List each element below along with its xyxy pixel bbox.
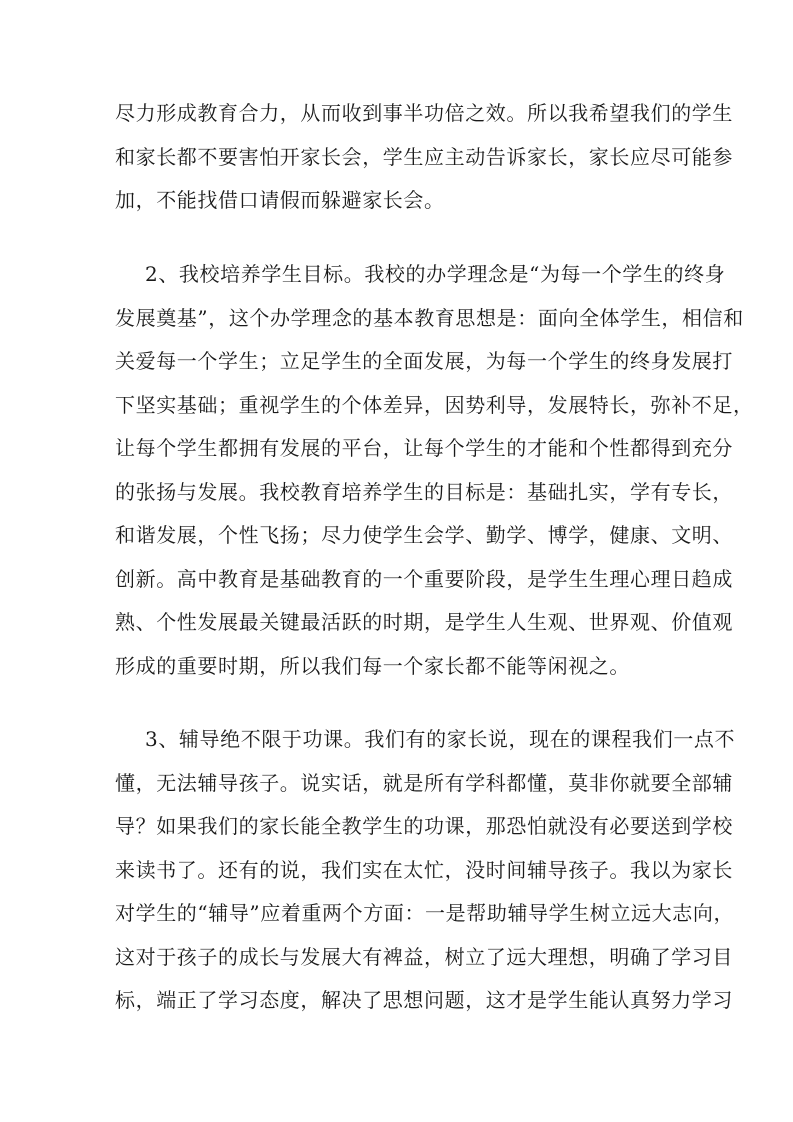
text-line: 和家长都不要害怕开家长会，学生应主动告诉家长，家长应尽可能参 xyxy=(115,145,685,169)
text-line: 的张扬与发展。我校教育培养学生的目标是：基础扎实，学有专长， xyxy=(115,480,685,504)
text-line: 下坚实基础；重视学生的个体差异，因势利导，发展特长，弥补不足， xyxy=(115,393,685,417)
text-line: 加，不能找借口请假而躲避家长会。 xyxy=(115,188,685,212)
text-line: 让每个学生都拥有发展的平台，让每个学生的才能和个性都得到充分 xyxy=(115,436,685,460)
text-line: 发展奠基”，这个办学理念的基本教育思想是：面向全体学生，相信和 xyxy=(115,306,685,330)
paragraph-3-first-line: 3、辅导绝不限于功课。我们有的家长说，现在的课程我们一点不 xyxy=(145,727,715,751)
text-line: 形成的重要时期，所以我们每一个家长都不能等闲视之。 xyxy=(115,654,685,678)
text-line: 关爱每一个学生；立足学生的全面发展，为每一个学生的终身发展打 xyxy=(115,349,685,373)
text-line: 这对于孩子的成长与发展大有裨益，树立了远大理想，明确了学习目 xyxy=(115,945,685,969)
text-line: 来读书了。还有的说，我们实在太忙，没时间辅导孩子。我以为家长 xyxy=(115,858,685,882)
text-line: 熟、个性发展最关键最活跃的时期，是学生人生观、世界观、价值观 xyxy=(115,610,685,634)
text-line: 尽力形成教育合力，从而收到事半功倍之效。所以我希望我们的学生 xyxy=(115,101,685,125)
text-line: 对学生的“辅导”应着重两个方面：一是帮助辅导学生树立远大志向， xyxy=(115,901,685,925)
text-line: 和谐发展，个性飞扬；尽力使学生会学、勤学、博学，健康、文明、 xyxy=(115,523,685,547)
paragraph-2-first-line: 2、我校培养学生目标。我校的办学理念是“为每一个学生的终身 xyxy=(145,262,715,286)
text-line: 导？如果我们的家长能全教学生的功课，那恐怕就没有必要送到学校 xyxy=(115,814,685,838)
text-line: 标，端正了学习态度，解决了思想问题，这才是学生能认真努力学习 xyxy=(115,988,685,1012)
text-line: 创新。高中教育是基础教育的一个重要阶段，是学生生理心理日趋成 xyxy=(115,567,685,591)
text-line: 懂，无法辅导孩子。说实话，就是所有学科都懂，莫非你就要全部辅 xyxy=(115,771,685,795)
document-page: 尽力形成教育合力，从而收到事半功倍之效。所以我希望我们的学生 和家长都不要害怕开… xyxy=(0,0,793,1122)
